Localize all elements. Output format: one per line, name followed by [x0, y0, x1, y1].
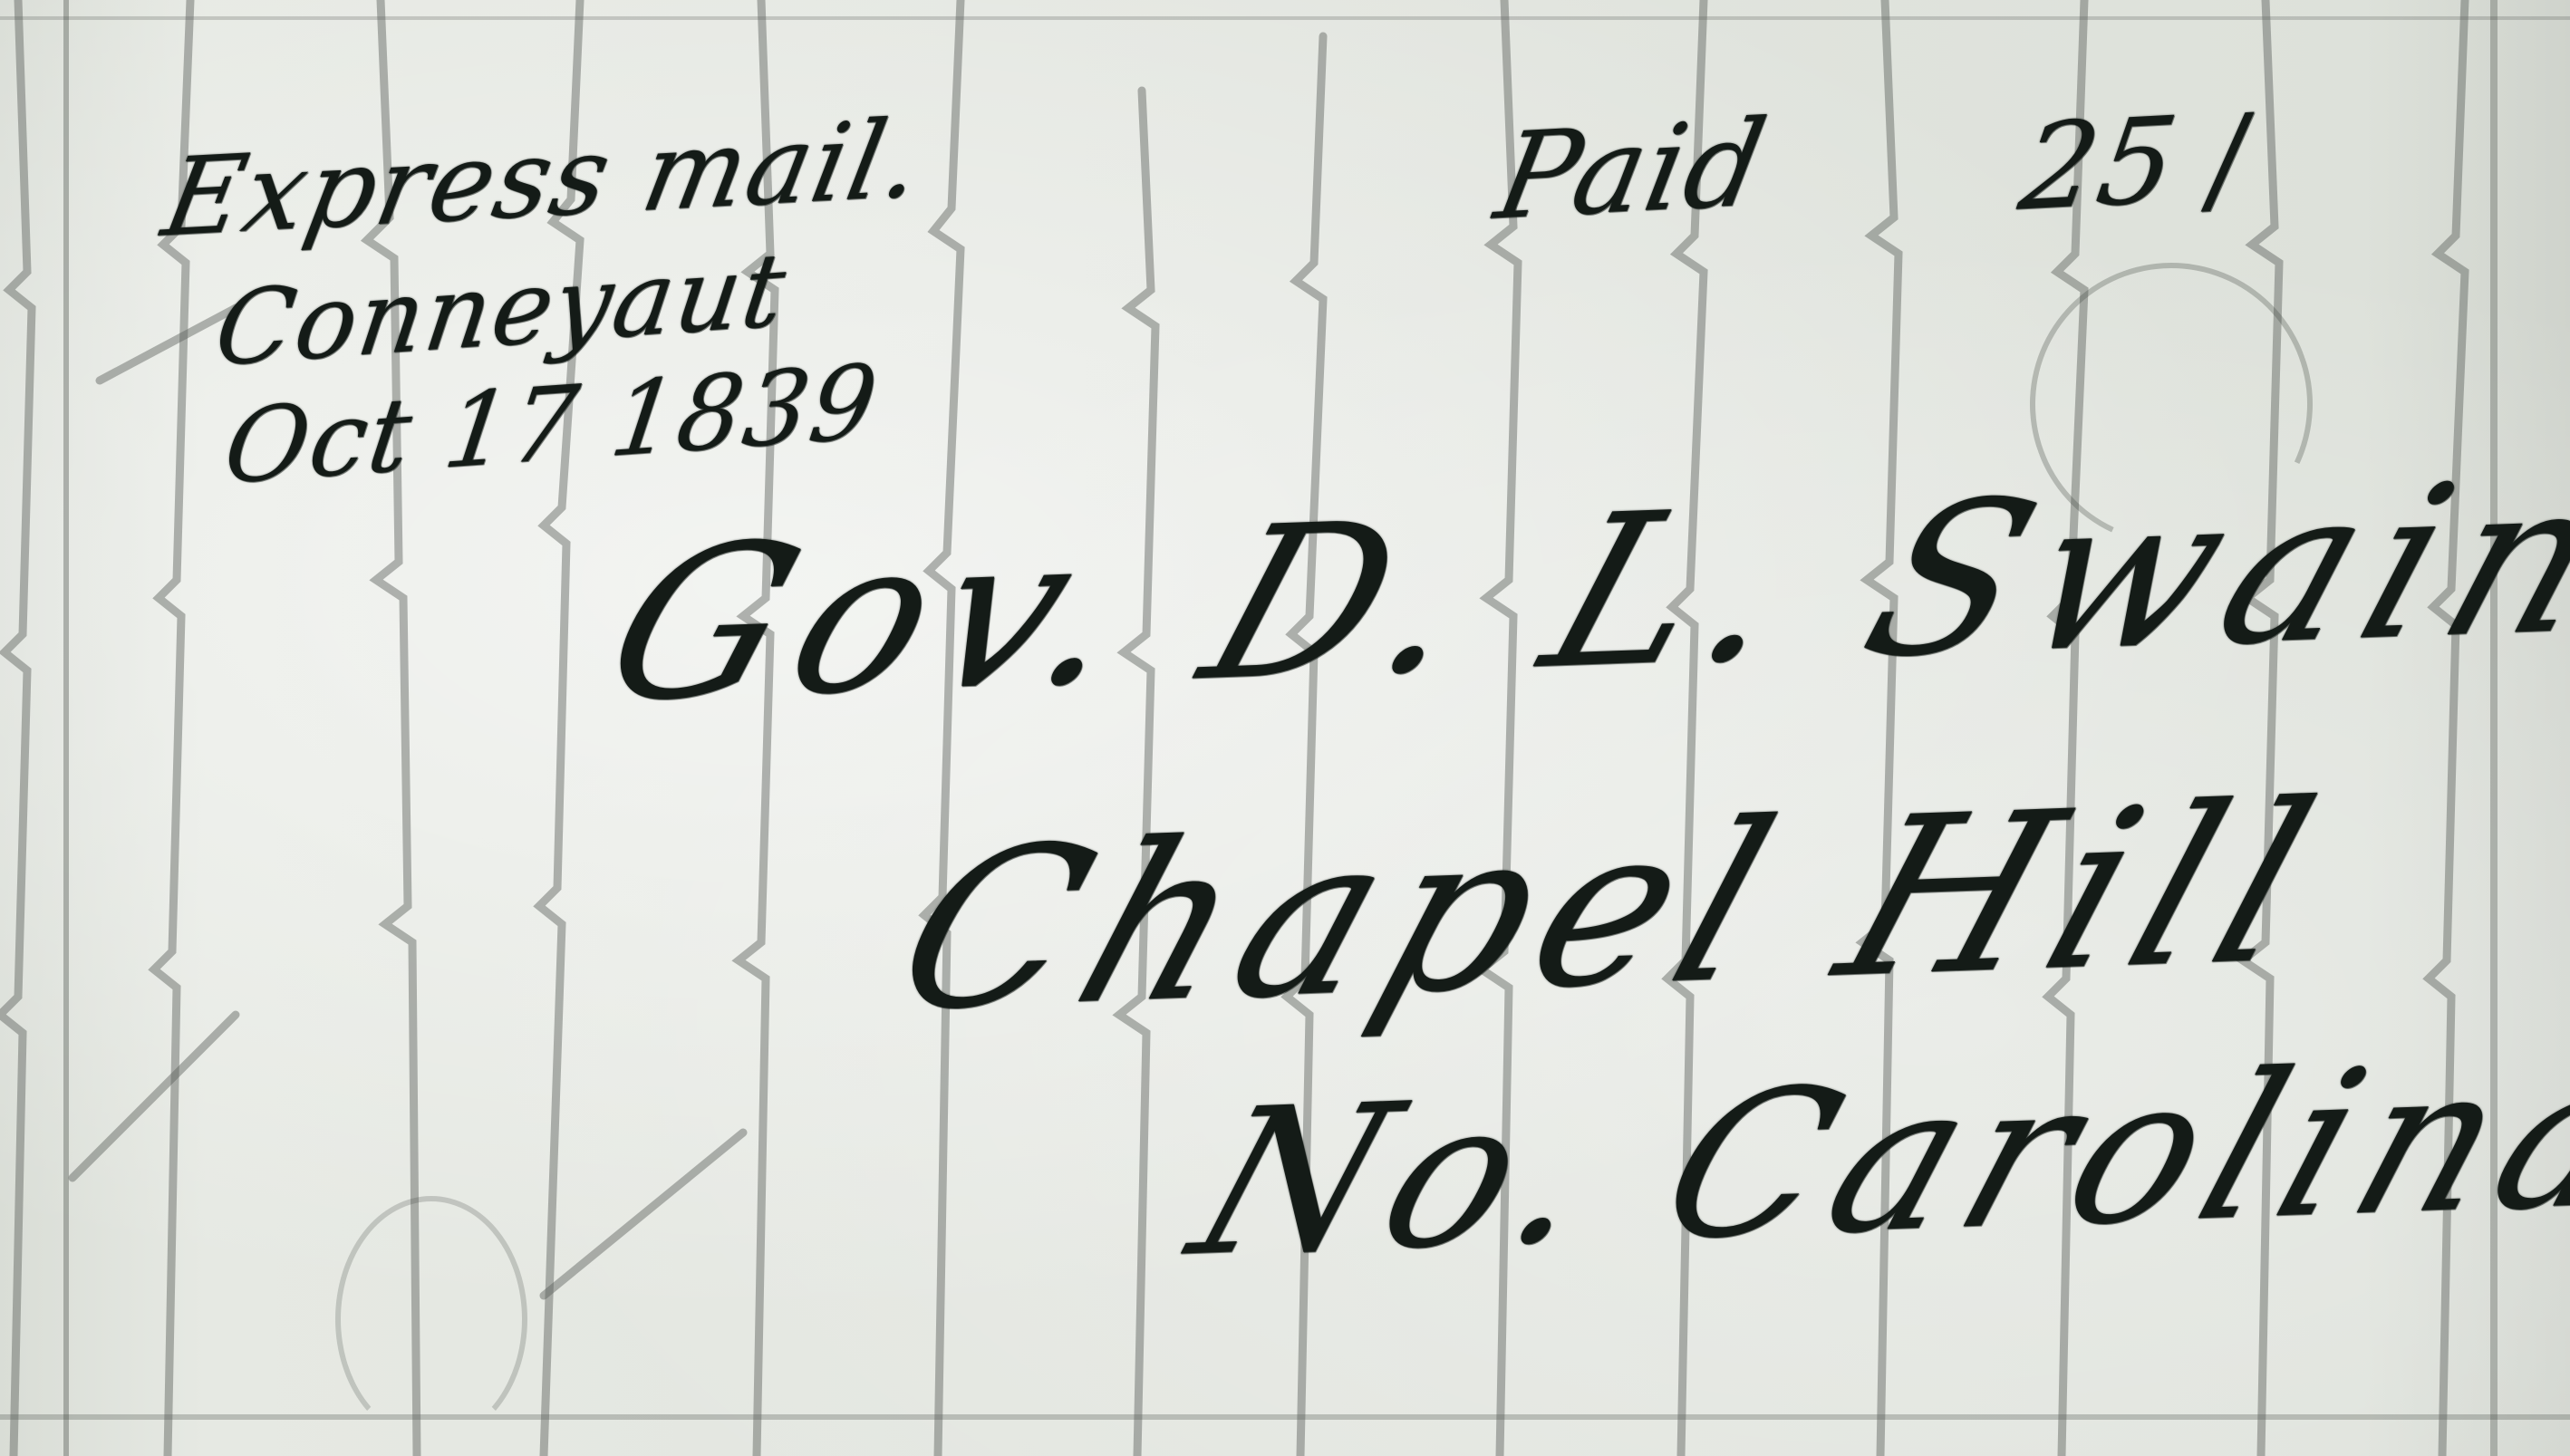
faint-ink-loop — [335, 1196, 527, 1442]
envelope-cover: Express mail. Conneyaut Oct 17 1839 Paid… — [0, 0, 2570, 1456]
address-city: Chapel Hill — [870, 755, 2353, 1060]
postage-rate-slash: / — [2204, 89, 2253, 228]
postage-paid-mark: Paid — [1486, 93, 1777, 246]
postage-rate: 25 — [2012, 91, 2187, 237]
